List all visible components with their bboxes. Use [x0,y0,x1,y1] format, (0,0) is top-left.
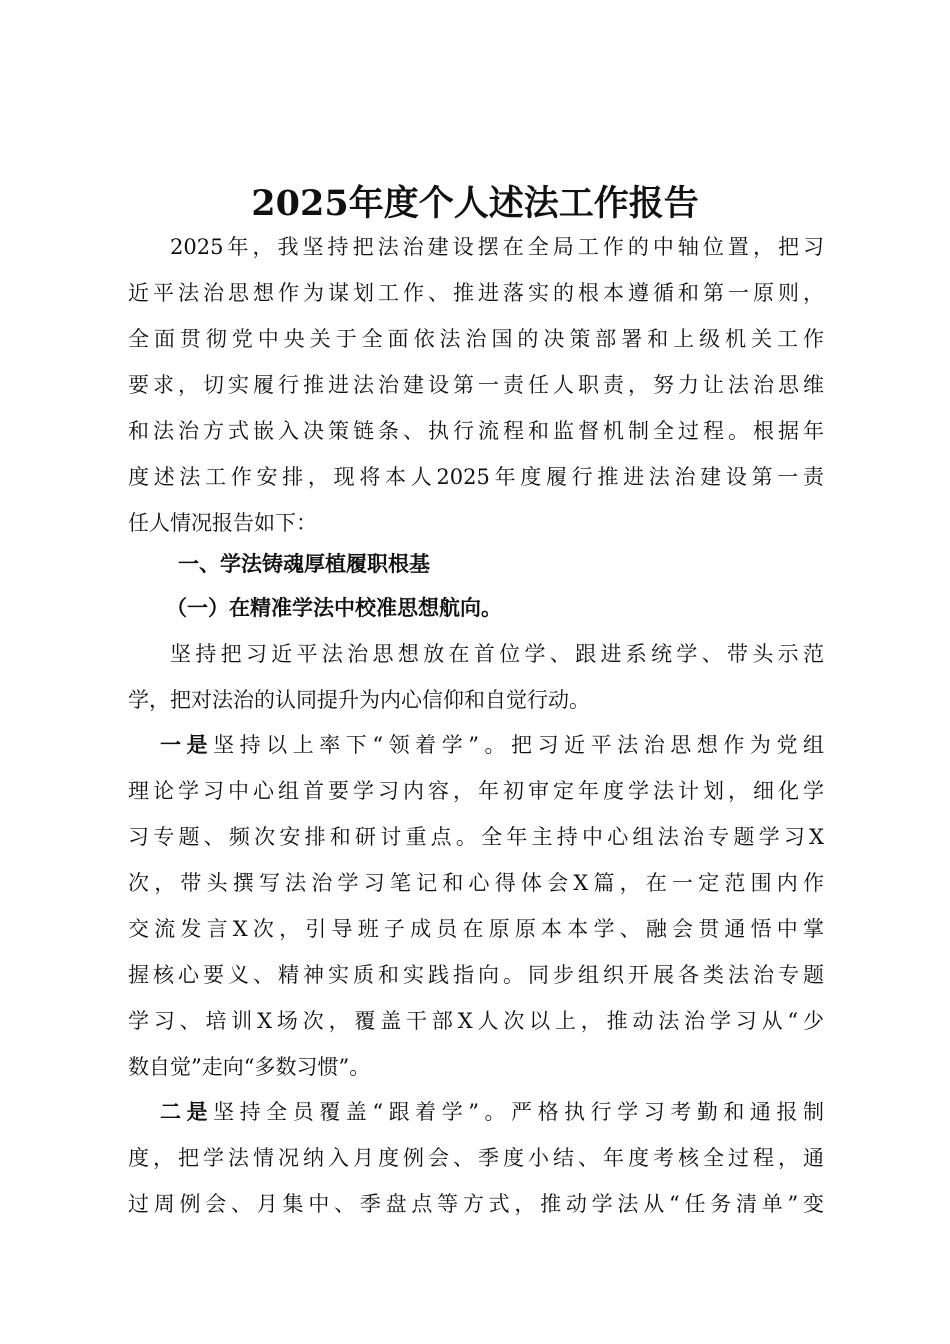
point-2-line: 度，把学法情况纳入月度例会、季度小结、年度考核全过程，通 [128,1135,824,1181]
point-1-lead: 一是 [160,732,213,757]
point-1-line: 习专题、频次安排和研讨重点。全年主持中心组法治专题学习X [128,814,824,860]
point-2-text: 坚持全员覆盖“跟着学”。严格执行学习考勤和通报制 [213,1100,824,1124]
subsection-line: 学，把对法治的认同提升为内心信仰和自觉行动。 [128,677,824,723]
intro-line: 要求，切实履行推进法治建设第一责任人职责，努力让法治思维 [128,362,824,408]
point-2-lead: 二是 [160,1099,213,1124]
document-page: 2025年度个人述法工作报告 2025年，我坚持把法治建设摆在全局工作的中轴位置… [0,0,950,1344]
point-1-line: 理论学习中心组首要学习内容，年初审定年度学法计划，细化学 [128,768,824,814]
intro-line: 近平法治思想作为谋划工作、推进落实的根本遵循和第一原则， [128,270,824,316]
point-1-line: 交流发言X次，引导班子成员在原原本本学、融会贯通悟中掌 [128,906,824,952]
subsection-line: 坚持把习近平法治思想放在首位学、跟进系统学、带头示范 [170,631,824,677]
point-1-text: 坚持以上率下“领着学”。把习近平法治思想作为党组 [213,733,824,757]
point-1-first-line: 一是坚持以上率下“领着学”。把习近平法治思想作为党组 [160,722,824,768]
point-1-line: 数自觉”走向“多数习惯”。 [128,1044,824,1090]
point-2-line: 过周例会、月集中、季盘点等方式，推动学法从“任务清单”变 [128,1181,824,1227]
intro-line: 任人情况报告如下： [128,500,824,546]
point-1-line: 次，带头撰写法治学习笔记和心得体会X篇，在一定范围内作 [128,860,824,906]
point-1-line: 学习、培训X场次，覆盖干部X人次以上，推动法治学习从“少 [128,998,824,1044]
section-heading: 一、学法铸魂厚植履职根基 [178,541,430,587]
subsection-heading: （一）在精准学法中校准思想航向。 [166,585,502,631]
point-1-line: 握核心要义、精神实质和实践指向。同步组织开展各类法治专题 [128,952,824,998]
point-2-first-line: 二是坚持全员覆盖“跟着学”。严格执行学习考勤和通报制 [160,1089,824,1135]
document-title: 2025年度个人述法工作报告 [0,180,950,228]
intro-line: 全面贯彻党中央关于全面依法治国的决策部署和上级机关工作 [128,316,824,362]
intro-line: 和法治方式嵌入决策链条、执行流程和监督机制全过程。根据年 [128,408,824,454]
intro-line: 2025年，我坚持把法治建设摆在全局工作的中轴位置，把习 [170,224,824,270]
intro-line: 度述法工作安排，现将本人2025年度履行推进法治建设第一责 [128,454,824,500]
